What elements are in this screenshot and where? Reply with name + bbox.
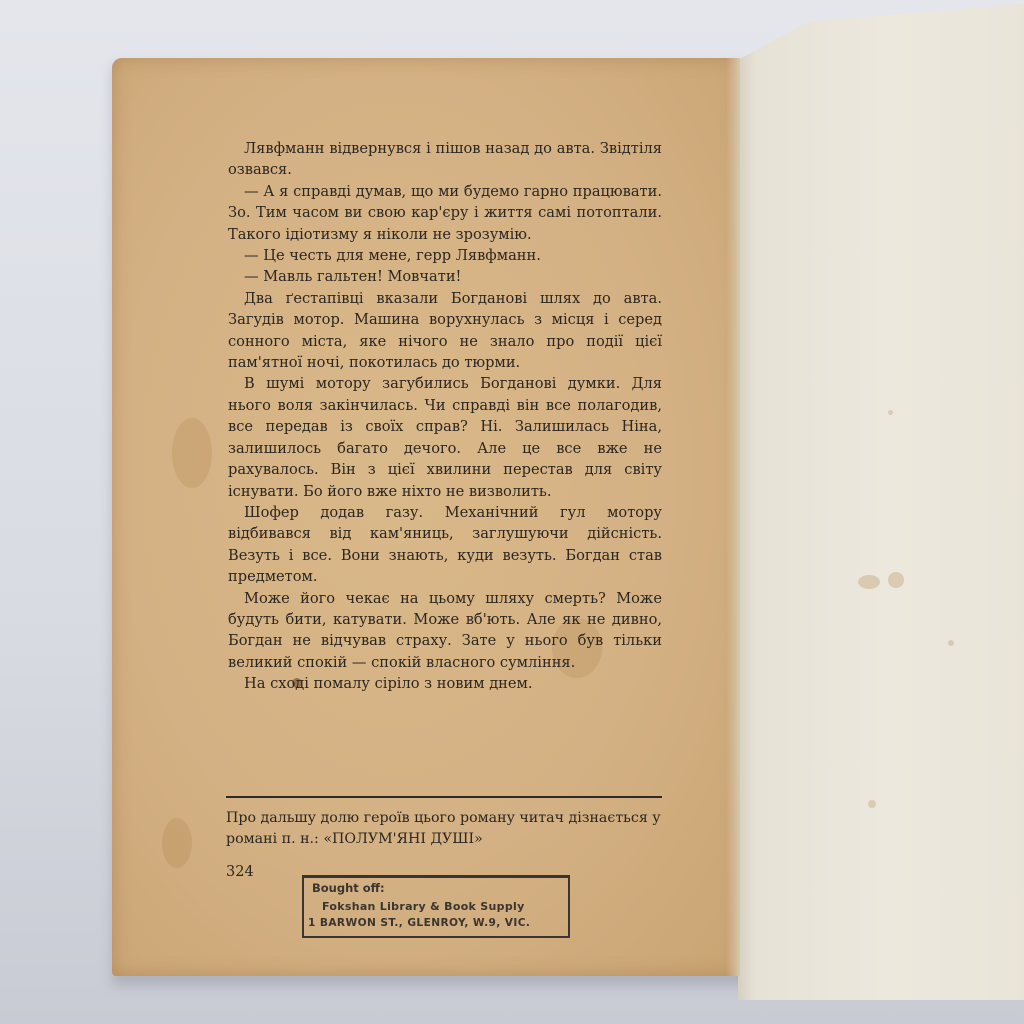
footnote: Про дальшу долю героїв цього роману чита…	[226, 808, 666, 850]
paragraph: Два ґестапівці вказали Богданові шлях до…	[228, 288, 662, 374]
footnote-rule	[226, 796, 662, 798]
right-blank-page	[738, 0, 1024, 1000]
stamp-line-2: Fokshan Library & Book Supply	[322, 900, 525, 913]
paragraph: Шофер додав газу. Механічний гул мотору …	[228, 502, 662, 588]
paragraph: В шумі мотору загубились Богданові думки…	[228, 373, 662, 501]
paragraph: — Це честь для мене, герр Лявфманн.	[228, 245, 662, 266]
page-number: 324	[226, 864, 254, 880]
body-text: Лявфманн відвернувся і пішов назад до ав…	[228, 138, 662, 695]
paragraph: — Мавль гальтен! Мовчати!	[228, 266, 662, 287]
paragraph: На сході помалу сіріло з новим днем.	[228, 673, 662, 694]
stamp-line-3: 1 BARWON ST., GLENROY, W.9, VIC.	[308, 917, 530, 929]
library-stamp: Bought off: Fokshan Library & Book Suppl…	[302, 875, 570, 938]
paragraph: — А я справді думав, що ми будемо гарно …	[228, 181, 662, 245]
paragraph: Може його чекає на цьому шляху смерть? М…	[228, 588, 662, 674]
stamp-line-1: Bought off:	[312, 881, 385, 895]
paragraph: Лявфманн відвернувся і пішов назад до ав…	[228, 138, 662, 181]
